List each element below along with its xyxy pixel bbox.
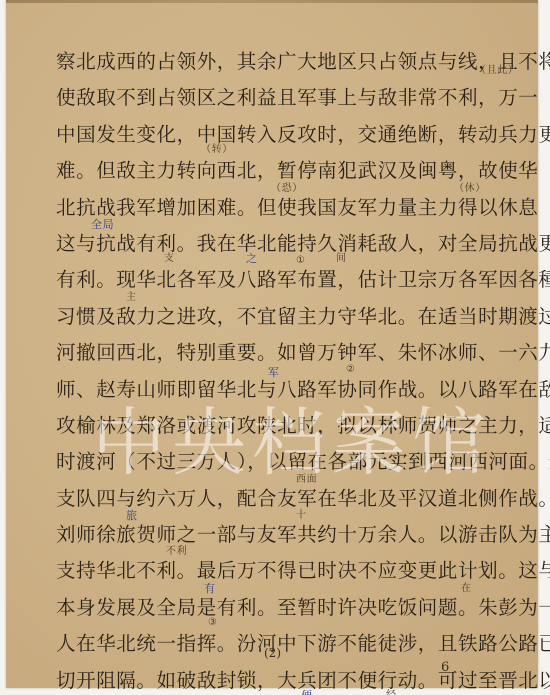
annotation: 支 xyxy=(164,254,175,264)
line-text: 这与抗战有利。我在华北能持久消耗敌人，对全局抗战更 xyxy=(56,232,550,255)
annotation: 全局 xyxy=(91,220,114,230)
manuscript-page: 察北成西的占领外，其余广大地区只占领点与线，且不将（且此） 使敌取不到占领区之利… xyxy=(6,0,538,688)
annotation: 军 xyxy=(268,368,280,378)
manuscript-line: 攻榆林及郑洛或渡河攻陕北时，拟以林师贺师之主力，适 xyxy=(56,408,508,444)
annotation: 便 xyxy=(301,691,313,695)
manuscript-line: 察北成西的占领外，其余广大地区只占领点与线，且不将（且此） xyxy=(56,44,508,80)
line-text: 习惯及敌力之进攻，不宜留主力守华北。在适当时期渡过 xyxy=(56,305,550,328)
manuscript-line: 支持华北不利。最后万不得已时决不应变更此计划。这与不利 xyxy=(56,553,508,589)
line-text: 河撤回西北，特别重要。如曾万钟军、朱怀冰师、一六九 xyxy=(56,341,550,364)
manuscript-line: 中国发生变化，中国转入反攻时，交通绝断，转动兵力更（转） xyxy=(56,117,508,153)
paper-top-edge xyxy=(6,0,538,3)
manuscript-line: 这与抗战有利。我在华北能持久消耗敌人，对全局抗战更全局 xyxy=(56,226,508,262)
manuscript-text-block: 察北成西的占领外，其余广大地区只占领点与线，且不将（且此） 使敌取不到占领区之利… xyxy=(56,44,508,695)
line-text: 支持华北不利。最后万不得已时决不应变更此计划。这与 xyxy=(56,559,550,582)
manuscript-line: 使敌取不到占领区之利益且军事上与敌非常不利，万一 xyxy=(56,80,508,116)
manuscript-line: 北抗战我军增加困难。但使我国友军力量主力得以休息（恐）（休） xyxy=(56,190,508,226)
line-text: 难。但敌主力转向西北，暂停南犯武汉及闽粤，故使华 xyxy=(56,159,538,182)
line-text: 刘师徐旅贺师之一部与友军共约十万余人。以游击队为主来 xyxy=(56,523,550,546)
annotation: 之 xyxy=(246,254,258,264)
manuscript-line: 师、赵寿山师即留华北与八路军协同作战。以八路军在敌进军 xyxy=(56,372,508,408)
section-marker: (2) xyxy=(264,646,281,660)
line-text: 北抗战我军增加困难。但使我国友军力量主力得以休息 xyxy=(56,196,538,219)
annotation: （恐） xyxy=(271,184,303,194)
manuscript-line: 人在华北统一指挥。汾河中下游不能徒涉，且铁路公路已 xyxy=(56,626,508,662)
line-text: 时渡河（不过三万人），以留在各部元实到西河西河面。余编 xyxy=(56,450,550,473)
line-text: 本身发展及全局是有利。至暂时许决吃饭问题。朱彭为一 xyxy=(56,596,550,619)
manuscript-line: 习惯及敌力之进攻，不宜留主力守华北。在适当时期渡过主 xyxy=(56,299,508,335)
manuscript-line: 有利。现华北各军及八路军布置，估计卫宗万各军因各種支之①间 xyxy=(56,262,508,298)
annotation: 在 xyxy=(461,584,472,594)
annotation: 经 xyxy=(386,691,397,695)
line-text: 人在华北统一指挥。汾河中下游不能徒涉，且铁路公路已 xyxy=(56,632,550,655)
manuscript-line: 支队四与约六万人，配合友军在华北及平汉道北侧作战。西面 xyxy=(56,481,508,517)
manuscript-line: 河撤回西北，特别重要。如曾万钟军、朱怀冰师、一六九② xyxy=(56,335,508,371)
line-text: 师、赵寿山师即留华北与八路军协同作战。以八路军在敌进 xyxy=(56,378,550,401)
manuscript-line: 刘师徐旅贺师之一部与友军共约十万余人。以游击队为主来旅十 xyxy=(56,517,508,553)
annotation: 西面 xyxy=(296,475,317,485)
annotation: 十 xyxy=(296,511,307,521)
line-text: 支队四与约六万人，配合友军在华北及平汉道北侧作战。 xyxy=(56,487,550,510)
annotation: （且此） xyxy=(476,66,518,76)
annotation: ① xyxy=(296,256,306,266)
line-text: 使敌取不到占领区之利益且军事上与敌非常不利，万一 xyxy=(56,86,538,109)
annotation: 间 xyxy=(336,254,347,264)
line-text: 有利。现华北各军及八路军布置，估计卫宗万各军因各種 xyxy=(56,268,550,291)
manuscript-line: 时渡河（不过三万人），以留在各部元实到西河西河面。余编 xyxy=(56,444,508,480)
annotation: 旅 xyxy=(126,511,138,521)
annotation: （休） xyxy=(454,184,486,194)
line-text: 攻榆林及郑洛或渡河攻陕北时，拟以林师贺师之主力，适 xyxy=(56,414,550,437)
annotation: 不利 xyxy=(166,547,187,557)
manuscript-line: 本身发展及全局是有利。至暂时许决吃饭问题。朱彭为一有③在 xyxy=(56,590,508,626)
line-text: 中国发生变化，中国转入反攻时，交通绝断，转动兵力更 xyxy=(56,123,550,146)
page-number: 6 xyxy=(441,660,449,675)
annotation: 主 xyxy=(126,293,137,303)
annotation: 有 xyxy=(204,584,216,594)
